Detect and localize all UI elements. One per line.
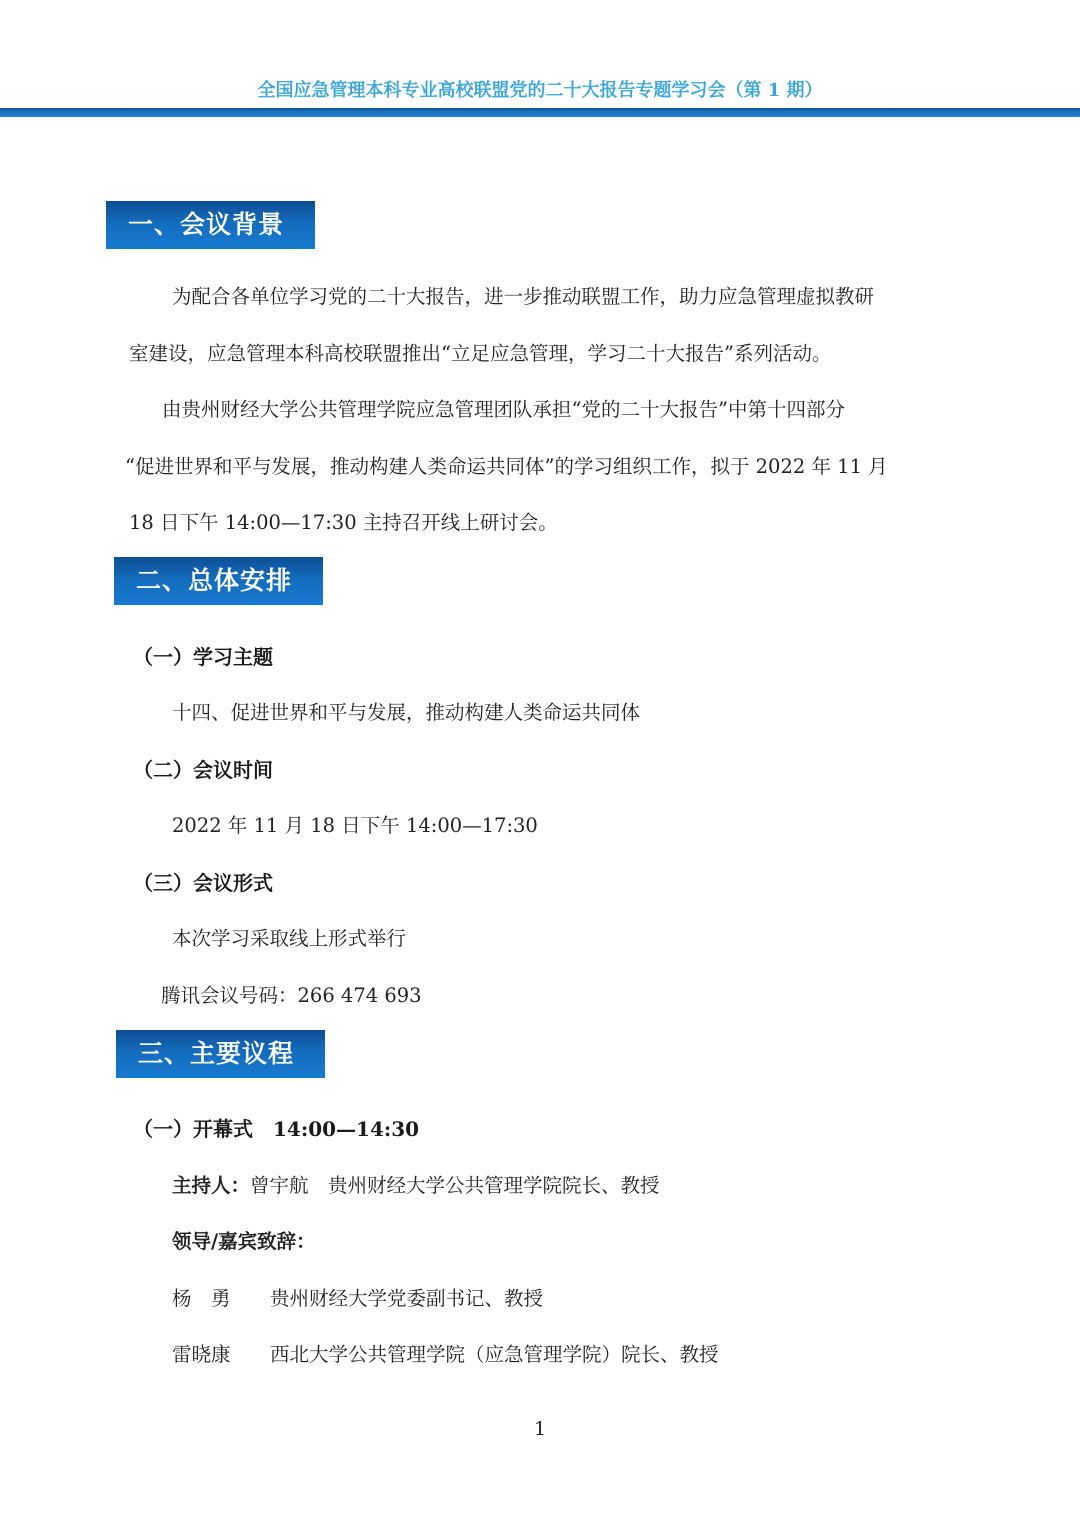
speaker-row: 雷晓康西北大学公共管理学院（应急管理学院）院长、教授	[172, 1343, 719, 1367]
subheading-meeting-time: （二）会议时间	[133, 758, 273, 782]
speaker-title: 贵州财经大学党委副书记、教授	[270, 1287, 543, 1310]
section-heading-agenda: 三、主要议程	[116, 1030, 325, 1078]
background-paragraph-line: 18 日下午 14:00—17:30 主持召开线上研讨会。	[129, 511, 558, 535]
speaker-title: 西北大学公共管理学院（应急管理学院）院长、教授	[270, 1343, 719, 1366]
subheading-meeting-format: （三）会议形式	[133, 871, 273, 895]
background-paragraph-line: 为配合各单位学习党的二十大报告，进一步推动联盟工作，助力应急管理虚拟教研	[172, 285, 874, 309]
speaker-row: 杨 勇贵州财经大学党委副书记、教授	[172, 1287, 543, 1311]
section-heading-background: 一、会议背景	[106, 201, 315, 249]
meeting-id-text: 腾讯会议号码：266 474 693	[161, 984, 422, 1008]
subheading-study-theme: （一）学习主题	[133, 645, 273, 669]
background-paragraph-line: 室建设，应急管理本科高校联盟推出“立足应急管理，学习二十大报告”系列活动。	[129, 342, 831, 366]
meeting-format-text: 本次学习采取线上形式举行	[172, 927, 406, 951]
section-heading-arrangement: 二、总体安排	[114, 557, 323, 605]
document-header-title: 全国应急管理本科专业高校联盟党的二十大报告专题学习会（第 1 期）	[0, 76, 1080, 102]
page-number: 1	[0, 1418, 1080, 1440]
opening-label: （一）开幕式	[133, 1117, 253, 1141]
meeting-time-text: 2022 年 11 月 18 日下午 14:00—17:30	[172, 814, 538, 838]
subheading-opening: （一）开幕式14:00—14:30	[133, 1117, 419, 1141]
opening-time: 14:00—14:30	[273, 1117, 419, 1141]
host-line: 主持人：曾宇航 贵州财经大学公共管理学院院长、教授	[172, 1174, 660, 1198]
host-label: 主持人：	[172, 1174, 250, 1197]
speaker-name: 雷晓康	[172, 1343, 270, 1367]
speakers-label: 领导/嘉宾致辞：	[172, 1230, 316, 1254]
speaker-name: 杨 勇	[172, 1287, 270, 1311]
host-name: 曾宇航 贵州财经大学公共管理学院院长、教授	[250, 1174, 660, 1197]
background-paragraph-line: 由贵州财经大学公共管理学院应急管理团队承担“党的二十大报告”中第十四部分	[162, 398, 845, 422]
header-rule-divider	[0, 108, 1080, 117]
background-paragraph-line: “促进世界和平与发展，推动构建人类命运共同体”的学习组织工作，拟于 2022 年…	[125, 455, 888, 479]
study-theme-text: 十四、促进世界和平与发展，推动构建人类命运共同体	[172, 701, 640, 725]
